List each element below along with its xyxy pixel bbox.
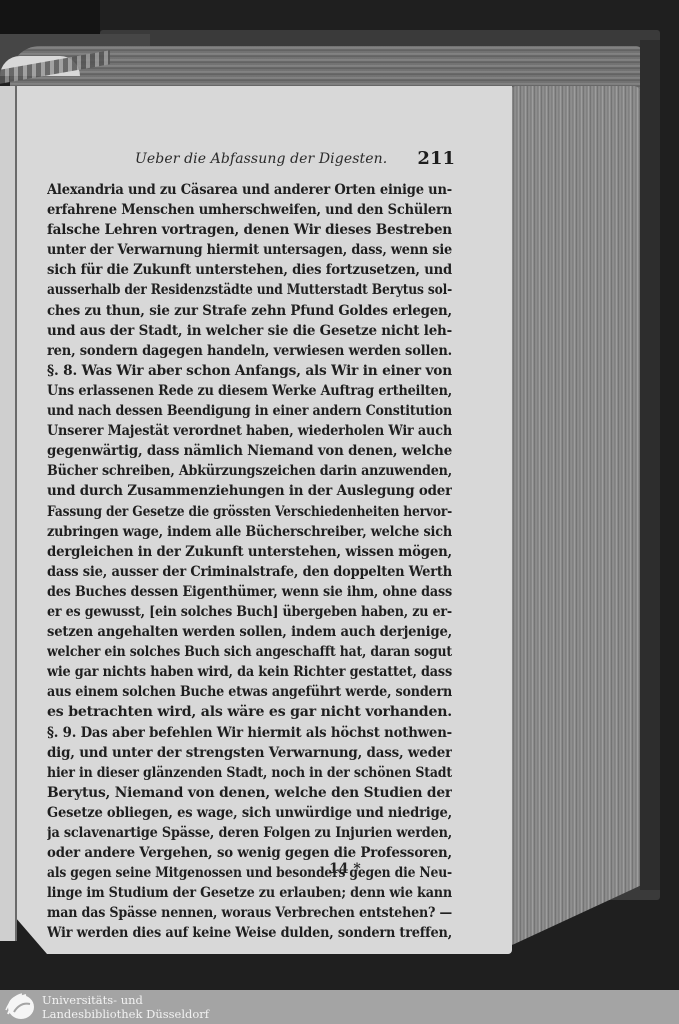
gutter (15, 86, 17, 941)
page-fore-edges (510, 86, 640, 946)
text-line: wie gar nichts haben wird, da kein Richt… (47, 662, 452, 682)
book-scan: Ueber die Abfassung der Digesten. 211 Al… (0, 0, 679, 990)
text-line: dass sie, ausser der Criminalstrafe, den… (47, 562, 452, 582)
text-line: ches zu thun, sie zur Strafe zehn Pfund … (47, 301, 452, 321)
text-line: Bücher schreiben, Abkürzungszeichen dari… (47, 461, 452, 481)
running-title: Ueber die Abfassung der Digesten. (135, 151, 387, 167)
text-line: §. 9. Das aber befehlen Wir hiermit als … (47, 723, 452, 743)
text-line: ja sclavenartige Spässe, deren Folgen zu… (47, 823, 452, 843)
text-line: Wir werden dies auf keine Weise dulden, … (47, 923, 452, 943)
text-line: gegenwärtig, dass nämlich Niemand von de… (47, 441, 452, 461)
library-name: Universitäts- und Landesbibliothek Düsse… (42, 993, 209, 1021)
text-line: Fassung der Gesetze die grössten Verschi… (47, 502, 452, 522)
text-line: welcher ein solches Buch sich angeschaff… (47, 642, 452, 662)
page-number: 211 (417, 148, 455, 169)
body-text: Alexandria und zu Cäsarea und anderer Or… (47, 180, 452, 944)
library-name-line2: Landesbibliothek Düsseldorf (42, 1007, 209, 1021)
text-line: erfahrene Menschen umherschweifen, und d… (47, 200, 452, 220)
text-line: des Buches dessen Eigenthümer, wenn sie … (47, 582, 452, 602)
text-line: man das Spässe nennen, woraus Verbrechen… (47, 903, 452, 923)
text-line: es betrachten wird, als wäre es gar nich… (47, 702, 452, 722)
text-line: als gegen seine Mitgenossen und besonder… (47, 863, 452, 883)
running-head: Ueber die Abfassung der Digesten. 211 (135, 148, 455, 172)
text-line: er es gewusst, [ein solches Buch] überge… (47, 602, 452, 622)
text-line: ausserhalb der Residenzstädte und Mutter… (47, 280, 452, 300)
library-footer-bar: Universitäts- und Landesbibliothek Düsse… (0, 990, 679, 1024)
book-page: Ueber die Abfassung der Digesten. 211 Al… (17, 86, 512, 954)
text-line: unter der Verwarnung hiermit untersagen,… (47, 240, 452, 260)
signature-mark: 14 * (329, 861, 361, 877)
text-line: Gesetze obliegen, es wage, sich unwürdig… (47, 803, 452, 823)
text-line: dig, und unter der strengsten Verwarnung… (47, 743, 452, 763)
text-line: falsche Lehren vortragen, denen Wir dies… (47, 220, 452, 240)
library-name-line1: Universitäts- und (42, 993, 209, 1007)
text-line: sich für die Zukunft unterstehen, dies f… (47, 260, 452, 280)
library-book-logo-icon (4, 992, 36, 1022)
text-line: §. 8. Was Wir aber schon Anfangs, als Wi… (47, 361, 452, 381)
text-line: dergleichen in der Zukunft unterstehen, … (47, 542, 452, 562)
cover-right-edge (640, 40, 660, 890)
text-line: setzen angehalten werden sollen, indem a… (47, 622, 452, 642)
left-page-sliver (0, 86, 16, 941)
text-line: aus einem solchen Buche etwas angeführt … (47, 682, 452, 702)
text-line: zubringen wage, indem alle Bücherschreib… (47, 522, 452, 542)
text-line: hier in dieser glänzenden Stadt, noch in… (47, 763, 452, 783)
text-line: oder andere Vergehen, so wenig gegen die… (47, 843, 452, 863)
text-line: Uns erlassenen Rede zu diesem Werke Auft… (47, 381, 452, 401)
text-line: Alexandria und zu Cäsarea und anderer Or… (47, 180, 452, 200)
text-line: linge im Studium der Gesetze zu erlauben… (47, 883, 452, 903)
text-line: Berytus, Niemand von denen, welche den S… (47, 783, 452, 803)
text-line: und durch Zusammenziehungen in der Ausle… (47, 481, 452, 501)
text-line: und aus der Stadt, in welcher sie die Ge… (47, 321, 452, 341)
text-line: ren, sondern dagegen handeln, verwiesen … (47, 341, 452, 361)
text-line: Unserer Majestät verordnet haben, wieder… (47, 421, 452, 441)
text-line: und nach dessen Beendigung in einer ande… (47, 401, 452, 421)
